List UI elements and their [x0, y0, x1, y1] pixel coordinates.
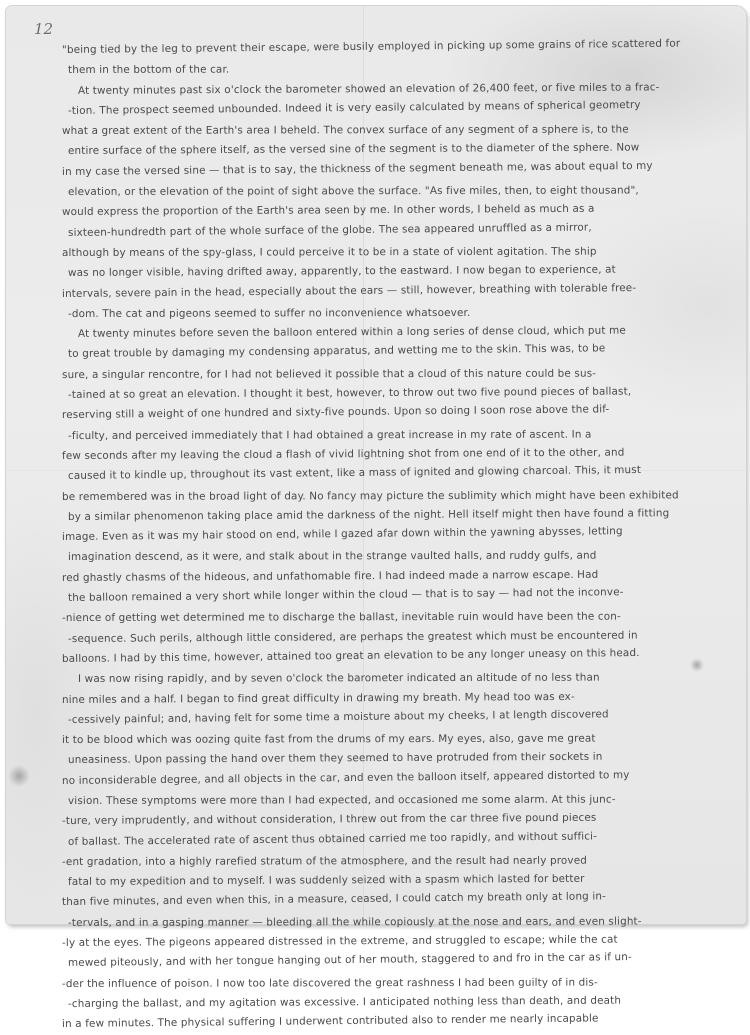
- manuscript-text: "being tied by the leg to prevent their …: [62, 40, 692, 931]
- ink-stain: [690, 658, 704, 672]
- ink-stain: [8, 765, 30, 787]
- text-line: -tervals, and in a gasping manner — blee…: [62, 911, 692, 931]
- page-number: 12: [34, 20, 53, 38]
